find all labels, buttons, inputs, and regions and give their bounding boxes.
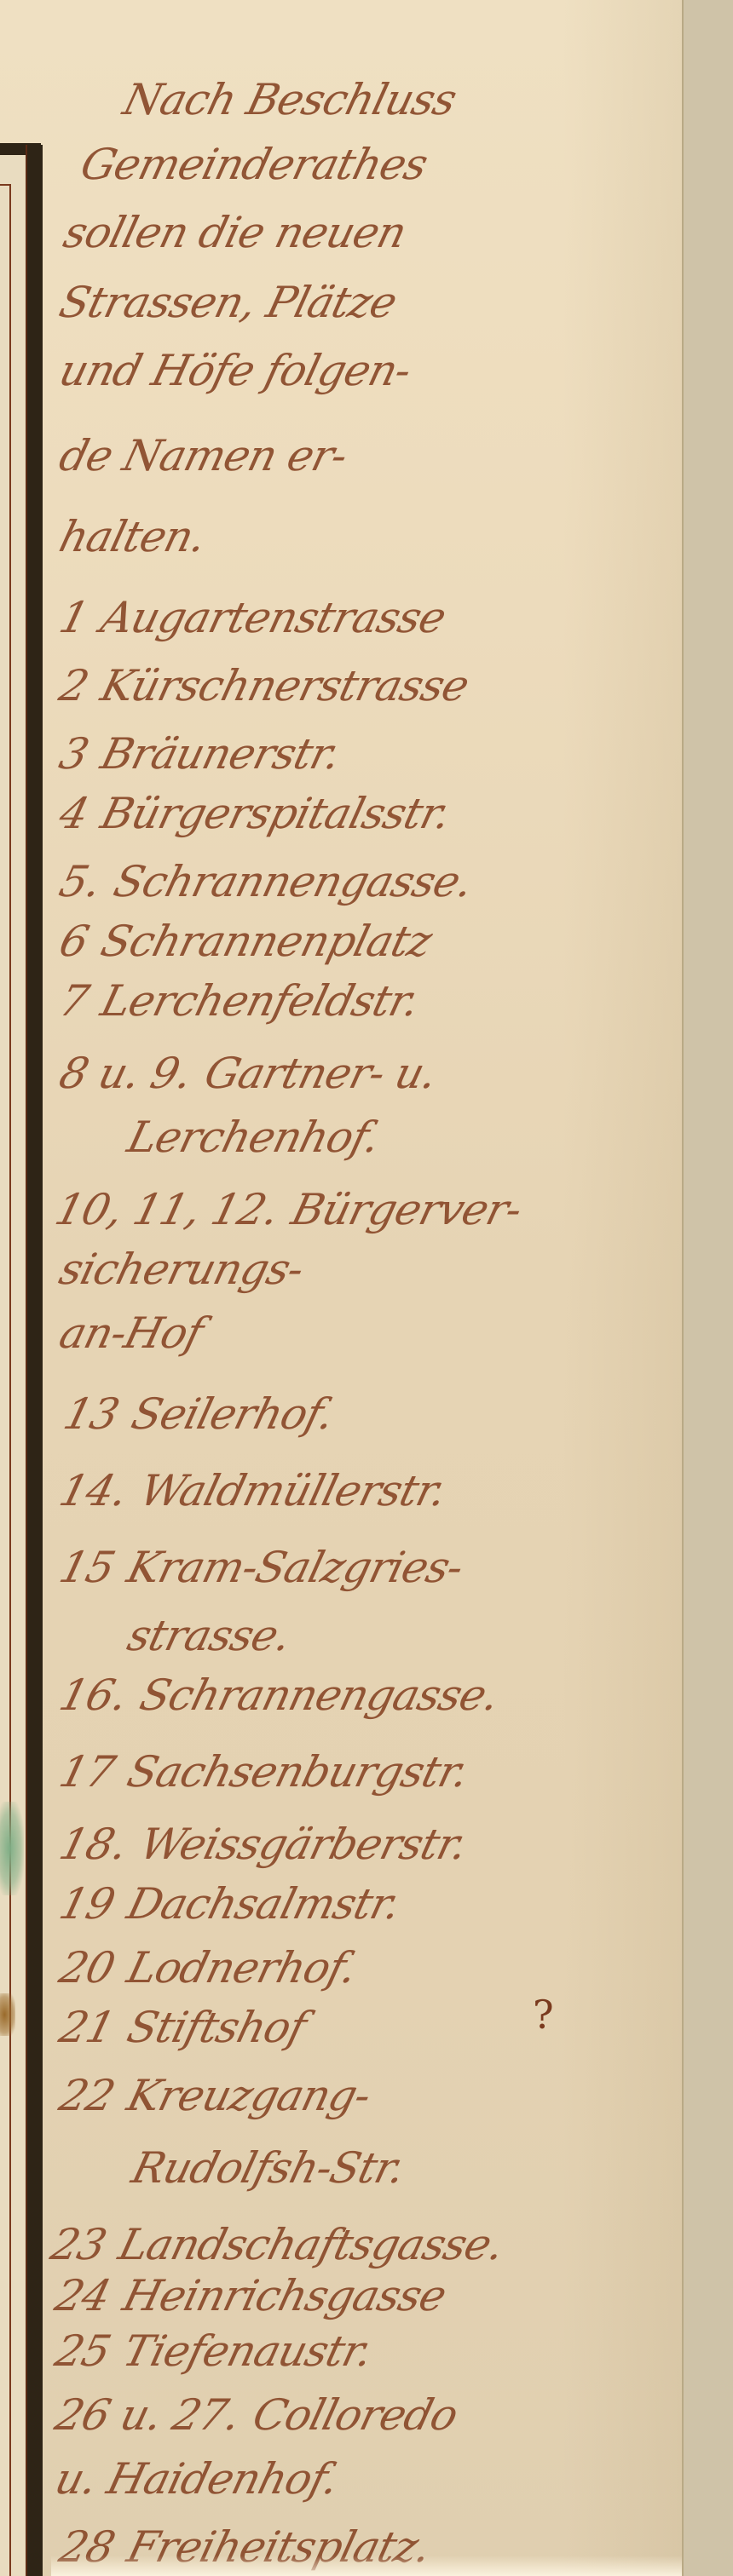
list-item: 7Lerchenfeldstr. <box>55 980 423 1022</box>
entry-name: Kreuzgang- <box>123 2071 376 2120</box>
entry-name: Schrannengasse. <box>136 1670 504 1720</box>
list-item: 4Bürgerspitalsstr. <box>55 792 454 835</box>
entry-name: Tiefenaustr. <box>118 2326 378 2376</box>
intro-line: und Höfe folgen- <box>55 349 415 392</box>
entry-name: Heinrichsgasse <box>118 2271 451 2320</box>
intro-line: Strassen, Plätze <box>55 281 401 324</box>
list-item: 22Kreuzgang- <box>55 2074 374 2117</box>
entry-number: 20 <box>55 1943 119 1992</box>
entry-number: 18. <box>55 1820 132 1869</box>
paper-shadow <box>563 0 682 2576</box>
entry-name: Bürgerver- <box>286 1185 526 1234</box>
intro-line: sollen die neuen <box>60 211 410 254</box>
entry-number: 19 <box>55 1879 119 1929</box>
light-glare <box>51 2556 682 2576</box>
entry-name: Seilerhof. <box>127 1389 339 1439</box>
entry-name: Gartner- u. <box>199 1049 442 1098</box>
list-item: 6Schrannenplatz <box>55 920 436 963</box>
entry-number: 22 <box>55 2071 119 2120</box>
list-item: 15Kram-Salzgries- <box>55 1546 467 1589</box>
list-item: 26 u. 27.Colloredo <box>51 2394 462 2436</box>
entry-number: 25 <box>50 2326 115 2376</box>
intro-line: de Namen er- <box>55 434 351 477</box>
mount-backing <box>682 0 733 2576</box>
list-item: 3Bräunerstr. <box>55 733 344 775</box>
list-item-continuation: Rudolfsh-Str. <box>128 2147 408 2189</box>
entry-number: 14. <box>55 1466 132 1515</box>
list-item: 5.Schrannengasse. <box>55 860 476 903</box>
intro-line: Gemeinderathes <box>77 143 431 186</box>
entry-name: Colloredo <box>248 2390 463 2440</box>
list-item: 18.Weissgärberstr. <box>55 1823 470 1866</box>
entry-number: 23 <box>46 2220 111 2269</box>
entry-number: 15 <box>55 1543 119 1592</box>
entry-name: Kram-Salzgries- <box>123 1543 468 1592</box>
entry-name: Lodnerhof. <box>123 1943 361 1992</box>
entry-number: 24 <box>50 2271 115 2320</box>
entry-name: Landschaftsgasse. <box>114 2220 509 2269</box>
list-item-continuation: Lerchenhof. <box>124 1116 384 1159</box>
list-item: 17Sachsenburgstr. <box>55 1751 472 1793</box>
list-item: 21Stiftshof <box>55 2006 309 2049</box>
entry-number: 16. <box>55 1670 132 1720</box>
list-item: 20Lodnerhof. <box>55 1946 361 1989</box>
entry-name: Kürschnerstrasse <box>96 661 474 710</box>
entry-name: Lerchenfeldstr. <box>96 976 424 1026</box>
entry-name: Schrannengasse. <box>109 857 477 906</box>
list-item-continuation: an-Hof <box>55 1312 207 1354</box>
entry-number: 26 u. 27. <box>50 2390 245 2440</box>
map-frame-border <box>26 145 43 2576</box>
list-item-continuation: sicherungs- <box>55 1248 308 1291</box>
intro-line: Nach Beschluss <box>119 78 460 121</box>
list-item: 2Kürschnerstrasse <box>55 664 473 707</box>
entry-name: Augartenstrasse <box>96 593 451 642</box>
entry-number: 17 <box>55 1747 119 1797</box>
entry-number: 10, 11, 12. <box>50 1185 284 1234</box>
entry-name: Schrannenplatz <box>96 917 436 966</box>
list-item-continuation: u. Haidenhof. <box>51 2458 343 2500</box>
entry-number: 13 <box>59 1389 124 1439</box>
question-mark-note: ? <box>533 1992 554 2038</box>
list-item-continuation: strasse. <box>124 1614 295 1657</box>
list-item: 16.Schrannengasse. <box>55 1674 503 1716</box>
entry-name: Waldmüllerstr. <box>136 1466 451 1515</box>
list-item: 25Tiefenaustr. <box>51 2330 376 2372</box>
entry-number: 8 u. 9. <box>55 1049 197 1098</box>
map-green-area <box>0 1802 24 1895</box>
entry-name: Stiftshof <box>123 2003 311 2052</box>
list-item: 14.Waldmüllerstr. <box>55 1469 450 1512</box>
list-item: 19Dachsalmstr. <box>55 1883 404 1925</box>
list-item: 10, 11, 12.Bürgerver- <box>51 1188 526 1231</box>
list-item: 8 u. 9.Gartner- u. <box>55 1052 441 1095</box>
entry-name: Bräunerstr. <box>96 729 345 779</box>
entry-name: Bürgerspitalsstr. <box>96 789 455 838</box>
list-item: 23Landschaftsgasse. <box>47 2223 508 2266</box>
entry-name: Weissgärberstr. <box>136 1820 472 1869</box>
map-inner-border <box>9 186 11 2576</box>
entry-name: Sachsenburgstr. <box>123 1747 473 1797</box>
entry-number: 21 <box>55 2003 119 2052</box>
list-item: 24Heinrichsgasse <box>51 2274 450 2317</box>
list-item: 13Seilerhof. <box>60 1393 338 1435</box>
intro-line: halten. <box>55 515 210 558</box>
map-ochre-area <box>0 1993 15 2036</box>
list-item: 1Augartenstrasse <box>55 596 450 639</box>
entry-name: Dachsalmstr. <box>123 1879 405 1929</box>
